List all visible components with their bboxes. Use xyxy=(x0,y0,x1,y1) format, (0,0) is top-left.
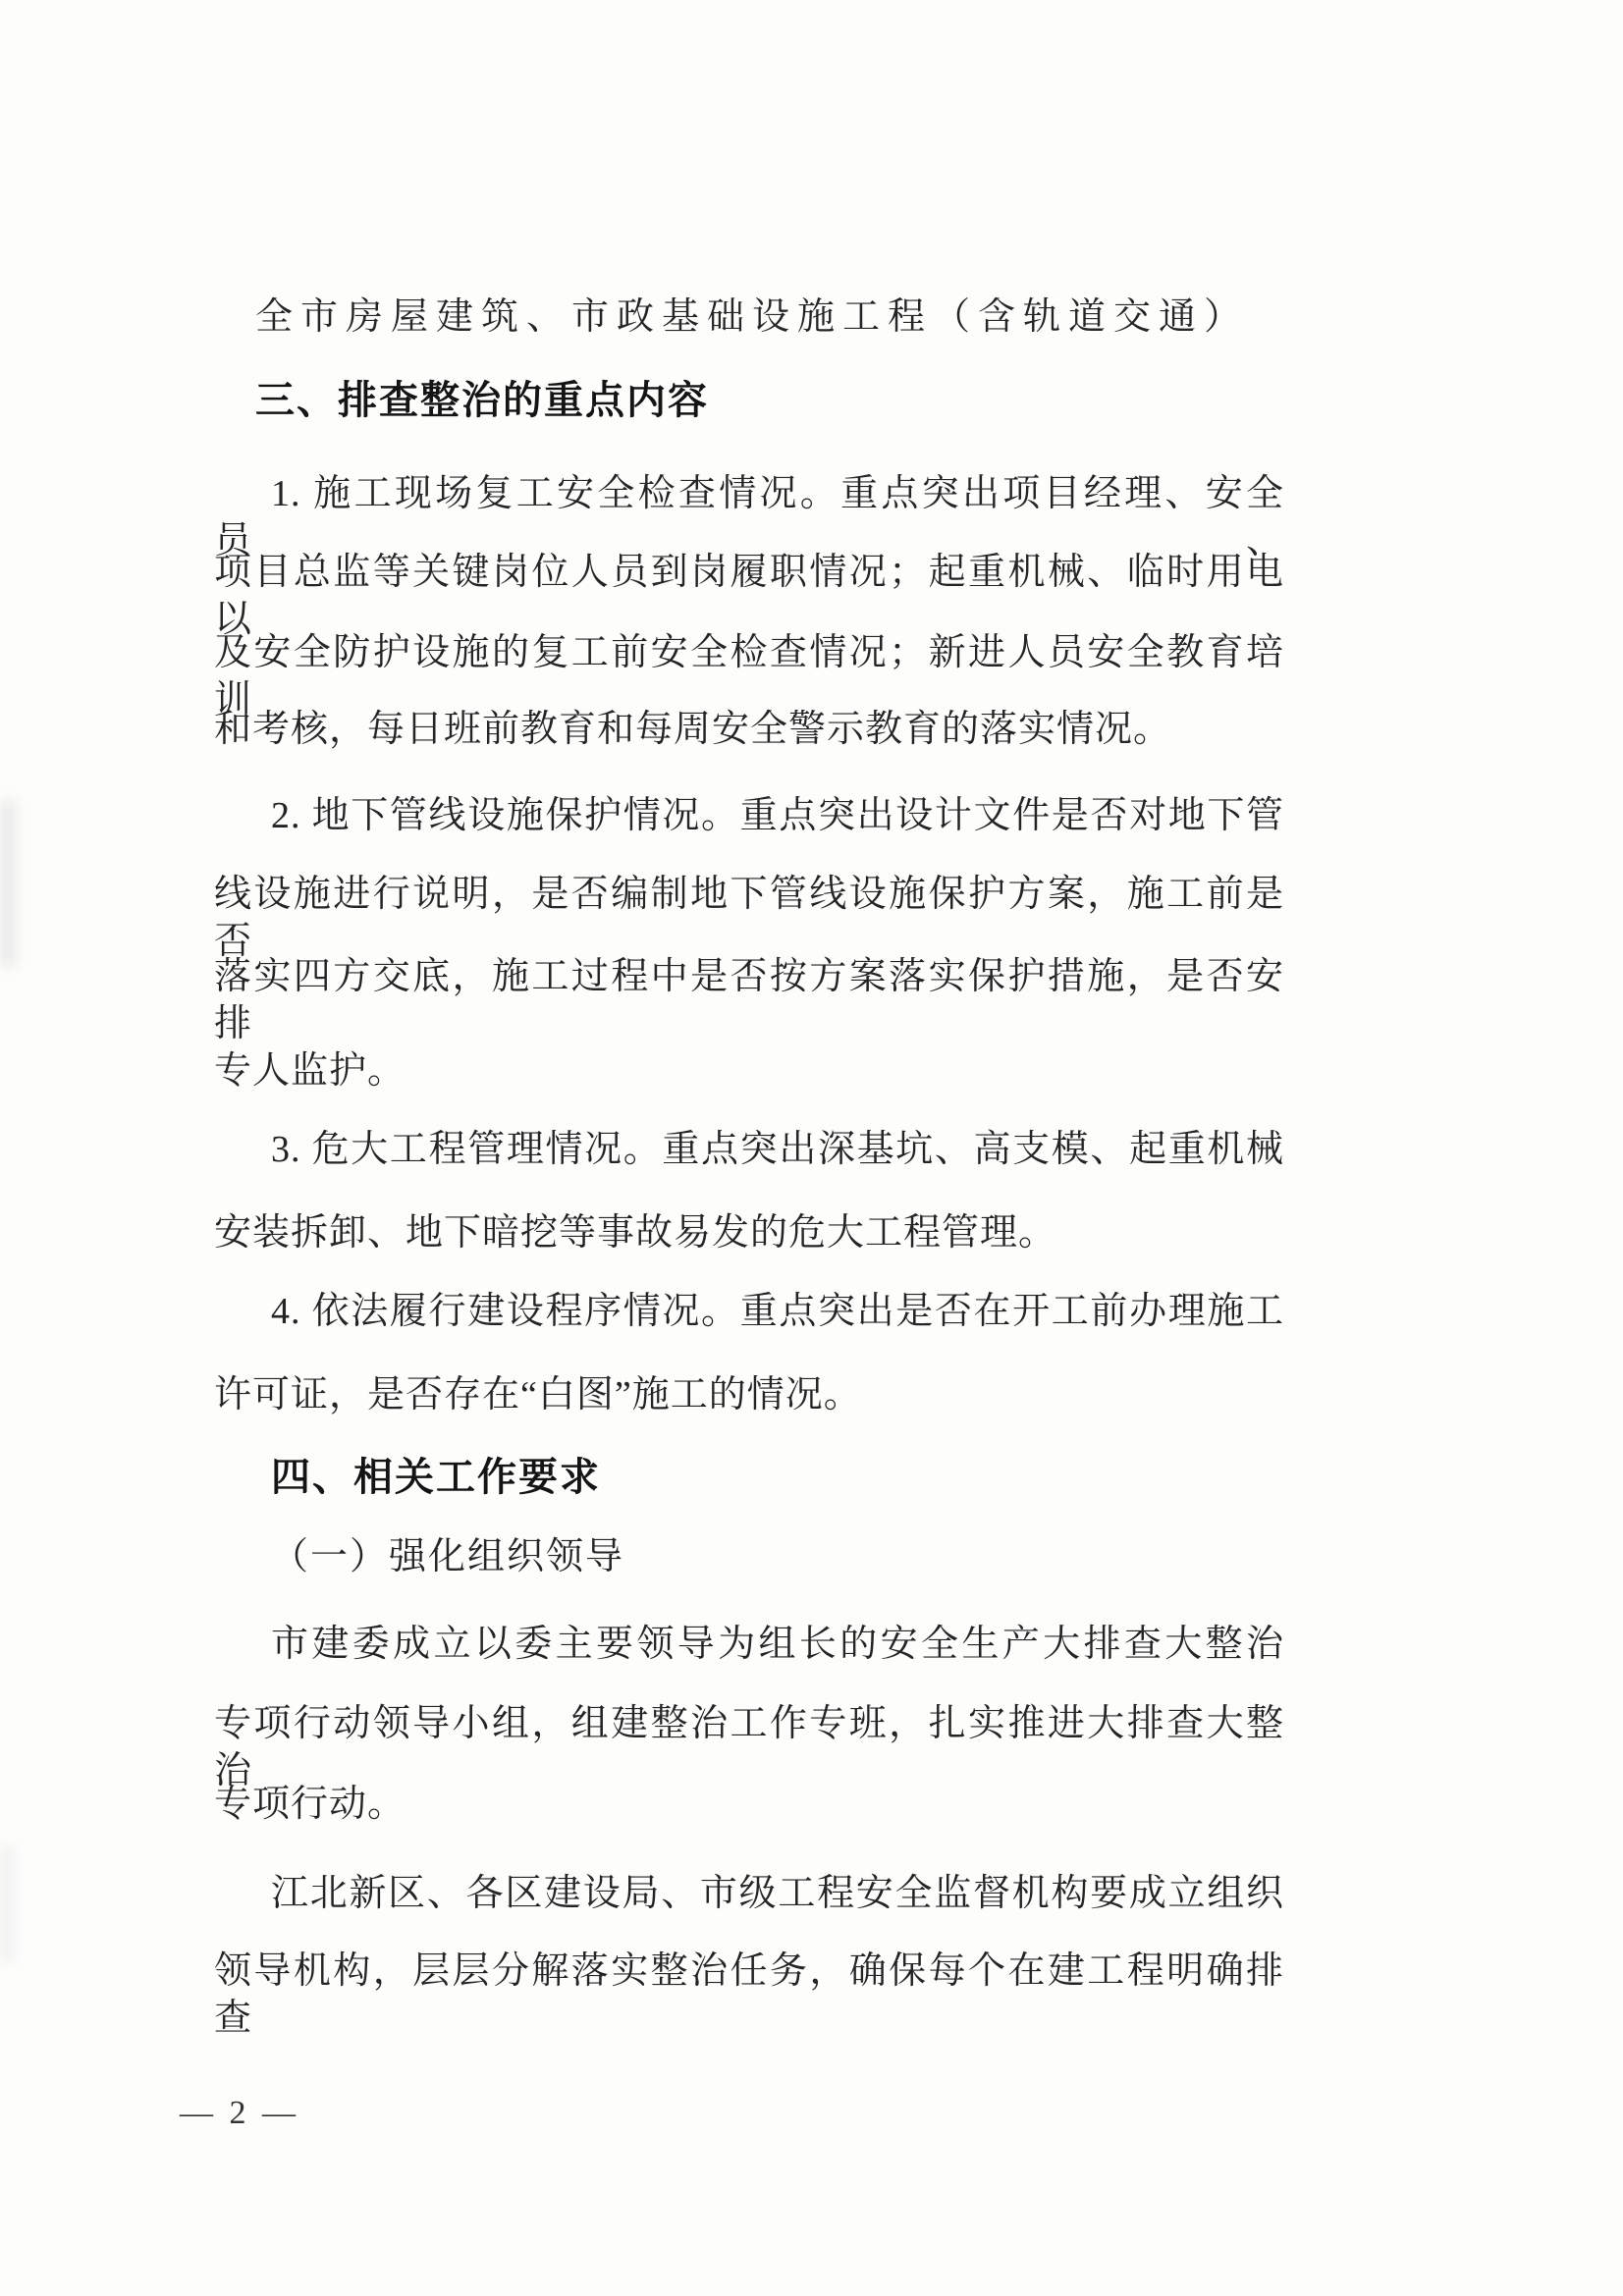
text-line: 专项行动。 xyxy=(214,1782,1284,1829)
scan-smudge xyxy=(0,1845,12,1963)
text-line: 市建委成立以委主要领导为组长的安全生产大排查大整治 xyxy=(214,1622,1284,1669)
text-line: 许可证，是否存在“白图”施工的情况。 xyxy=(214,1372,1284,1419)
document-page: 全市房屋建筑、市政基础设施工程（含轨道交通）三、排查整治的重点内容1. 施工现场… xyxy=(0,0,1623,2296)
text-line: 和考核，每日班前教育和每周安全警示教育的落实情况。 xyxy=(214,707,1284,754)
text-line: 领导机构，层层分解落实整治任务，确保每个在建工程明确排查 xyxy=(214,1949,1284,2042)
text-line: 线设施进行说明，是否编制地下管线设施保护方案，施工前是否 xyxy=(214,872,1284,965)
text-line: 江北新区、各区建设局、市级工程安全监督机构要成立组织 xyxy=(214,1871,1284,1918)
text-line: 3. 危大工程管理情况。重点突出深基坑、高支模、起重机械 xyxy=(214,1127,1284,1174)
text-line: 安装拆卸、地下暗挖等事故易发的危大工程管理。 xyxy=(214,1210,1284,1257)
text-line: 4. 依法履行建设程序情况。重点突出是否在开工前办理施工 xyxy=(214,1289,1284,1336)
text-line: 专项行动领导小组，组建整治工作专班，扎实推进大排查大整治 xyxy=(214,1701,1284,1794)
page-number: — 2 — xyxy=(180,2095,299,2132)
text-line: 2. 地下管线设施保护情况。重点突出设计文件是否对地下管 xyxy=(214,793,1284,840)
text-line: 全市房屋建筑、市政基础设施工程（含轨道交通） xyxy=(214,294,1284,342)
text-line: 专人监护。 xyxy=(214,1048,1284,1095)
text-line: 落实四方交底，施工过程中是否按方案落实保护措施，是否安排 xyxy=(214,954,1284,1047)
text-line: 项目总监等关键岗位人员到岗履职情况；起重机械、临时用电以 xyxy=(214,550,1284,643)
scan-smudge xyxy=(0,800,16,967)
text-line: （一）强化组织领导 xyxy=(214,1534,1284,1581)
section-heading: 三、排查整治的重点内容 xyxy=(214,376,1284,425)
section-heading: 四、相关工作要求 xyxy=(214,1453,1284,1502)
